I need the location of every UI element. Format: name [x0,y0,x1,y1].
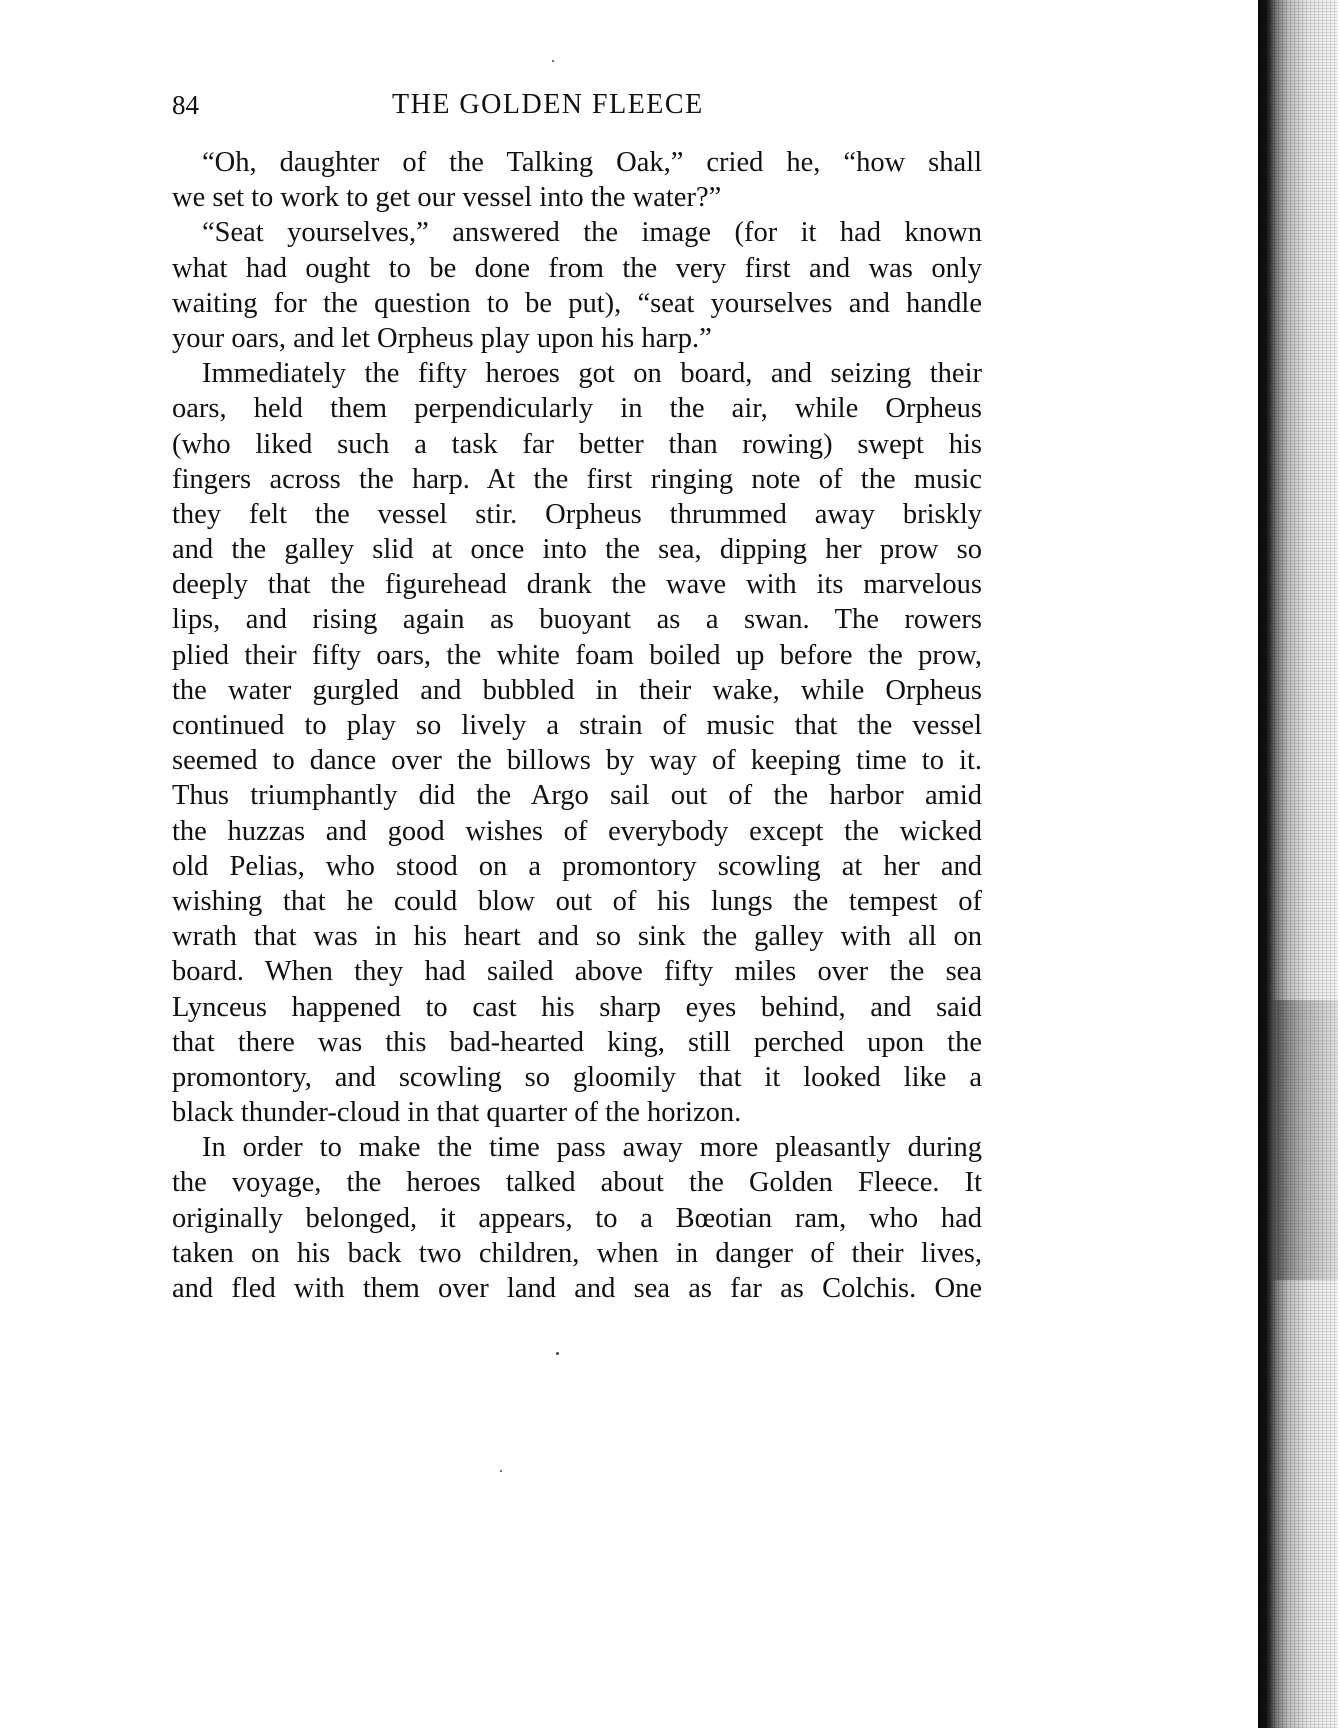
text-line: old Pelias, who stood on a promontory sc… [172,849,982,884]
body-text: “Oh, daughter of the Talking Oak,” cried… [172,145,982,1306]
text-line: they felt the vessel stir. Orpheus thrum… [172,497,982,532]
text-line: what had ought to be done from the very … [172,251,982,286]
text-line: Lynceus happened to cast his sharp eyes … [172,990,982,1025]
text-line: oars, held them perpendicularly in the a… [172,391,982,426]
text-line: (who liked such a task far better than r… [172,427,982,462]
scan-speck [556,1352,559,1355]
text-line: “Oh, daughter of the Talking Oak,” cried… [172,145,982,180]
page-edge-shadow [1268,1000,1338,1280]
text-line: In order to make the time pass away more… [172,1130,982,1165]
page-binding-edge [1258,0,1338,1728]
text-line: the water gurgled and bubbled in their w… [172,673,982,708]
text-line: deeply that the figurehead drank the wav… [172,567,982,602]
text-line: plied their fifty oars, the white foam b… [172,638,982,673]
page-number: 84 [172,88,199,122]
text-line: Thus triumphantly did the Argo sail out … [172,778,982,813]
text-line: wrath that was in his heart and so sink … [172,919,982,954]
text-line: originally belonged, it appears, to a Bœ… [172,1201,982,1236]
running-head: 84 THE GOLDEN FLEECE [172,88,982,122]
text-line: and fled with them over land and sea as … [172,1271,982,1306]
text-line: waiting for the question to be put), “se… [172,286,982,321]
text-line: “Seat yourselves,” answered the image (f… [172,215,982,250]
text-line: your oars, and let Orpheus play upon his… [172,321,982,356]
text-line: continued to play so lively a strain of … [172,708,982,743]
text-line: wishing that he could blow out of his lu… [172,884,982,919]
text-line: the voyage, the heroes talked about the … [172,1165,982,1200]
text-line: board. When they had sailed above fifty … [172,954,982,989]
text-line: promontory, and scowling so gloomily tha… [172,1060,982,1095]
text-line: the huzzas and good wishes of everybody … [172,814,982,849]
running-title: THE GOLDEN FLEECE [392,88,704,122]
text-line: seemed to dance over the billows by way … [172,743,982,778]
text-line: that there was this bad-hearted king, st… [172,1025,982,1060]
text-line: lips, and rising again as buoyant as a s… [172,602,982,637]
scan-speck [552,60,554,62]
scan-speck [500,1470,502,1472]
text-line: black thunder-cloud in that quarter of t… [172,1095,982,1130]
text-line: taken on his back two children, when in … [172,1236,982,1271]
text-line: fingers across the harp. At the first ri… [172,462,982,497]
text-line: and the galley slid at once into the sea… [172,532,982,567]
text-line: we set to work to get our vessel into th… [172,180,982,215]
book-page: 84 THE GOLDEN FLEECE “Oh, daughter of th… [0,0,1338,1728]
text-line: Immediately the fifty heroes got on boar… [172,356,982,391]
